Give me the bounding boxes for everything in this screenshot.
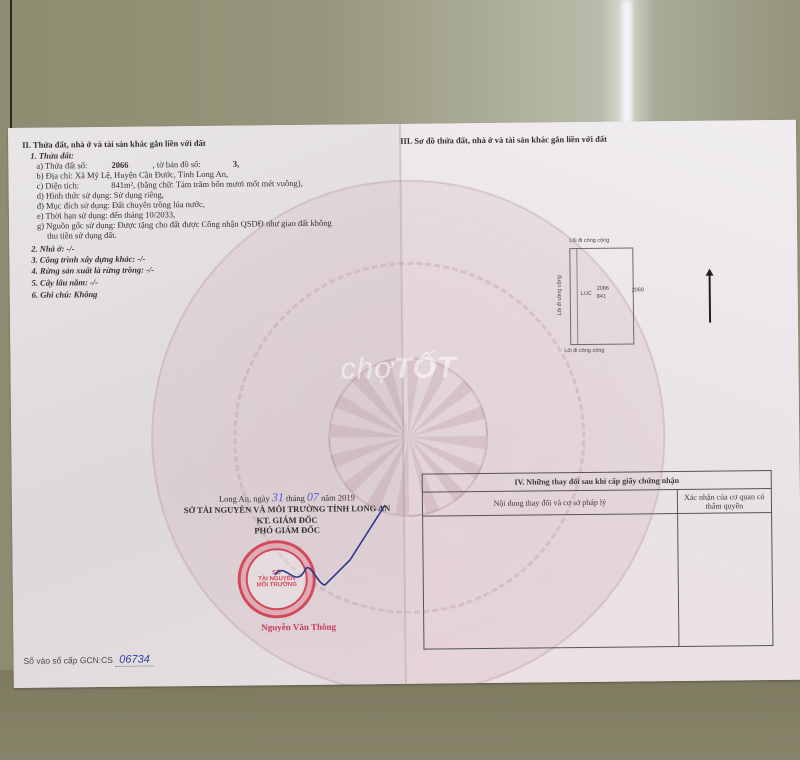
changes-col-content: Nội dung thay đổi và cơ sở pháp lý — [422, 490, 677, 517]
land-certificate: II. Thửa đất, nhà ở và tài sản khác gắn … — [8, 120, 800, 688]
parcel-number-label: a) Thửa đất số: — [36, 160, 87, 171]
plot-bottom-road: Lối đi công cộng — [564, 348, 604, 354]
section-iii-title: III. Sơ đồ thửa đất, nhà ở và tài sản kh… — [400, 134, 607, 146]
item-forest: 4. Rừng sản xuất là rừng trồng: -/- — [31, 264, 154, 275]
parcel-id: 2066 — [597, 286, 609, 292]
official-seal-stamp: SỞ TÀI NGUYÊN MÔI TRƯỜNG — [237, 540, 316, 619]
area-value: 841m², (bằng chữ: Tám trăm bốn mươi mốt … — [111, 178, 303, 190]
item-other-construction: 3. Công trình xây dựng khác: -/- — [31, 254, 145, 265]
changes-empty-cell — [423, 514, 679, 650]
changes-col-confirmation: Xác nhận của cơ quan có thẩm quyền — [677, 489, 771, 514]
item-note: 6. Ghi chú: Không — [32, 289, 98, 300]
usage-origin-cont: thu tiền sử dụng đất. — [47, 230, 117, 241]
item-perennial: 5. Cây lâu năm: -/- — [32, 277, 98, 288]
parcel-outline: LUC 2066 841 — [569, 247, 634, 345]
land-code: LUC — [581, 291, 592, 297]
land-heading: 1. Thửa đất: — [30, 150, 74, 161]
map-sheet-number: 3, — [233, 159, 239, 169]
registration-number: Số vào sổ cấp GCN:CS 06734 — [24, 654, 154, 667]
registration-number-handwritten: 06734 — [115, 654, 154, 667]
signing-block: Long An, ngày 31 tháng 07 năm 2019 SỞ TÀ… — [162, 489, 412, 537]
area-label: c) Diện tích: — [37, 180, 80, 190]
light-glare — [622, 0, 632, 130]
signer-name: Nguyễn Văn Thông — [261, 622, 336, 634]
plot-sketch: Lối đi công cộng LUC 2066 841 2069 Lối đ… — [549, 229, 660, 365]
parcel-area: 841 — [597, 294, 606, 300]
neighbor-parcel: 2069 — [632, 287, 644, 293]
map-sheet-label: , tờ bản đồ số: — [153, 159, 201, 170]
floor-seam — [10, 0, 12, 130]
item-house: 2. Nhà ở: -/- — [31, 243, 74, 254]
chotot-watermark: chợTỐT — [340, 351, 456, 386]
parcel-number: 2066 — [111, 160, 128, 170]
plot-left-road: Lối đi công cộng — [557, 275, 563, 315]
section-ii-title: II. Thửa đất, nhà ở và tài sản khác gắn … — [22, 138, 206, 150]
month-handwritten: 07 — [307, 490, 319, 504]
changes-empty-cell — [677, 513, 773, 647]
changes-table: IV. Những thay đổi sau khi cấp giấy chứn… — [422, 470, 774, 650]
day-handwritten: 31 — [272, 490, 284, 504]
plot-top-road: Lối đi công cộng — [569, 238, 609, 244]
